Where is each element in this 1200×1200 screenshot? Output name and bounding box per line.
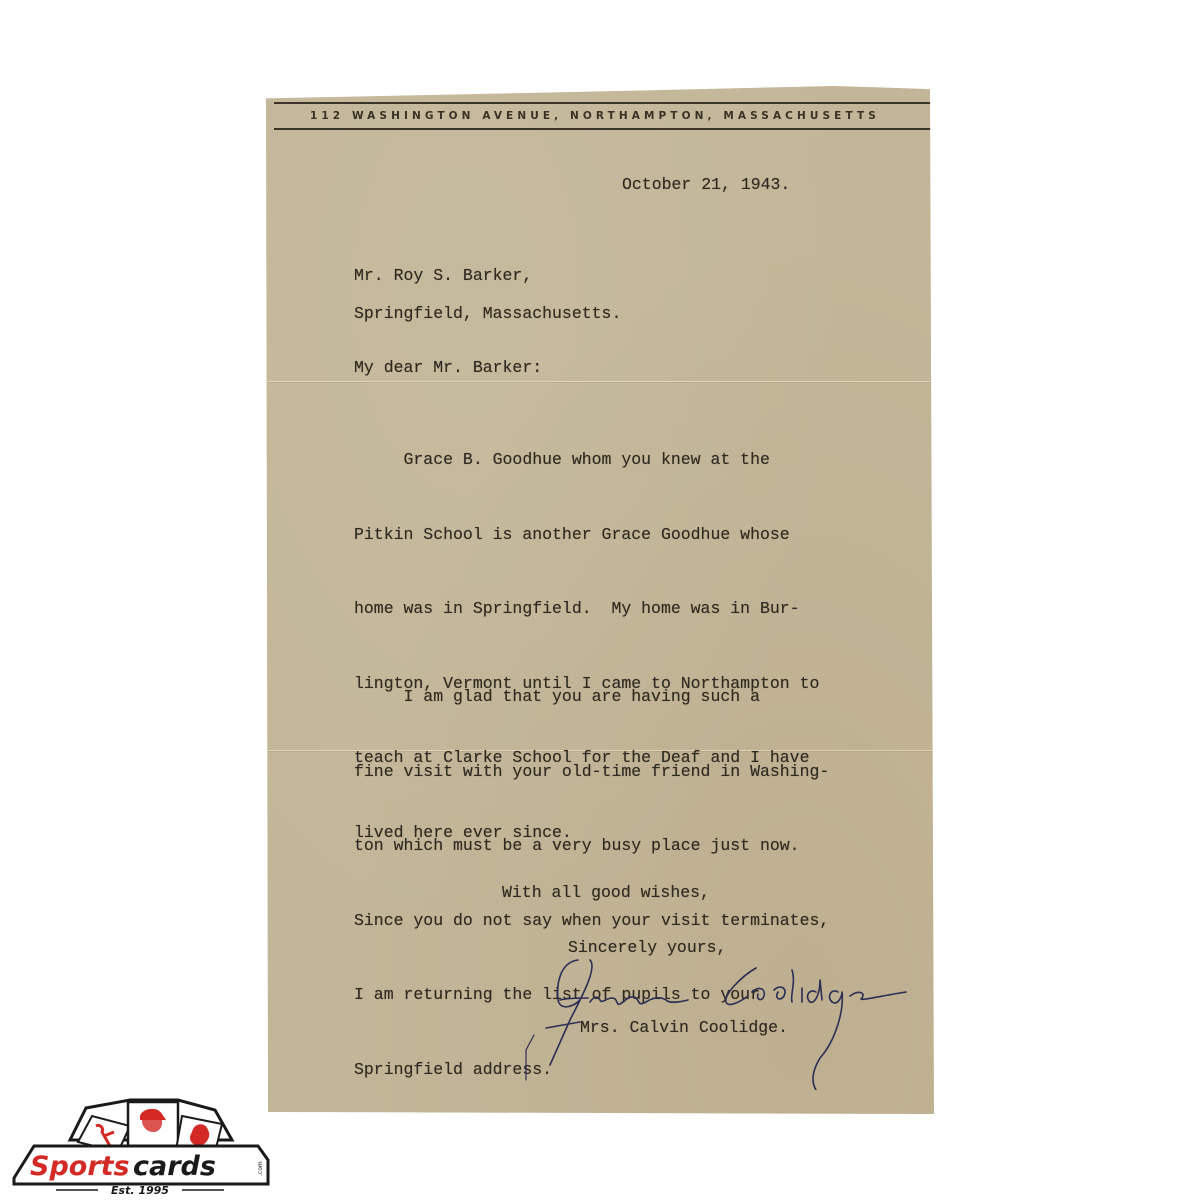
recipient-name: Mr. Roy S. Barker, [354, 266, 532, 285]
paragraph-line: home was in Springfield. My home was in … [354, 591, 874, 628]
logo-brand-red: Sports [30, 1151, 130, 1182]
closing-wish: With all good wishes, [502, 883, 710, 902]
fold-line-upper [266, 381, 934, 382]
paragraph-line: Pitkin School is another Grace Goodhue w… [354, 517, 874, 554]
handwritten-signature [520, 940, 920, 1090]
logo-established: Est. 1995 [111, 1184, 169, 1197]
logo-brand-black: cards [133, 1151, 216, 1182]
paragraph-line: fine visit with your old-time friend in … [354, 754, 874, 791]
letterhead-rule-top [274, 102, 932, 104]
paragraph-line: I am glad that you are having such a [354, 679, 874, 716]
letter-date: October 21, 1943. [622, 175, 790, 194]
paragraph-line: Since you do not say when your visit ter… [354, 903, 874, 940]
letterhead-rule-bottom [274, 128, 932, 130]
recipient-city: Springfield, Massachusetts. [354, 304, 621, 323]
sportscards-logo: Sports cards .com Est. 1995 [0, 1080, 280, 1200]
letterhead-address: 112 WASHINGTON AVENUE, NORTHAMPTON, MASS… [310, 110, 926, 122]
paragraph-line: ton which must be a very busy place just… [354, 828, 874, 865]
salutation: My dear Mr. Barker: [354, 358, 542, 377]
paragraph-line: Grace B. Goodhue whom you knew at the [354, 442, 874, 479]
logo-domain: .com [257, 1161, 264, 1176]
